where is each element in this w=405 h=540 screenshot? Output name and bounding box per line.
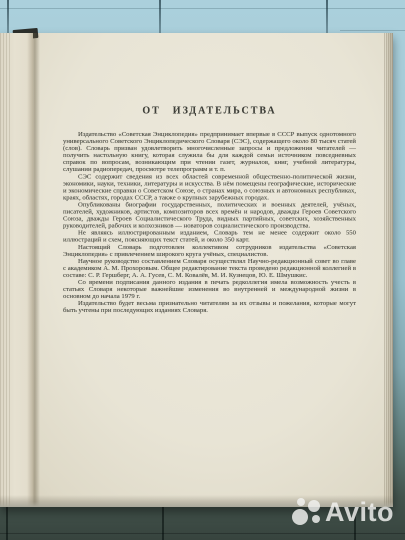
wall-plank-line — [0, 533, 405, 534]
page-heading: ОТ ИЗДАТЕЛЬСТВА — [63, 105, 356, 117]
page-paragraph: Опубликованы биографии государственных, … — [63, 201, 356, 229]
page-paragraph: Издательство будет весьма признательно ч… — [63, 300, 356, 314]
wall-plank-seam — [326, 0, 328, 34]
wall-plank-seam — [159, 0, 161, 36]
book: ОТ ИЗДАТЕЛЬСТВА Издательство «Советская … — [0, 33, 393, 507]
right-page-fore-edge — [384, 33, 393, 507]
avito-wordmark: Avito — [325, 497, 394, 528]
page-paragraph: Издательство «Советская Энциклопедия» пр… — [63, 131, 356, 173]
page-paragraph: Научное руководство составлением Словаря… — [63, 257, 356, 278]
page-paragraph: Настоящий Словарь подготовлен коллективо… — [63, 243, 356, 257]
page-text: ОТ ИЗДАТЕЛЬСТВА Издательство «Советская … — [63, 105, 356, 314]
page-paragraph: СЭС содержит сведения из всех областей с… — [63, 173, 356, 201]
page-paragraph: Не являясь иллюстрированным изданием, Сл… — [63, 229, 356, 243]
avito-watermark: Avito — [292, 497, 394, 528]
wall-plank-seam — [162, 507, 164, 540]
wall-plank-line — [0, 8, 405, 9]
wall-plank-line — [340, 30, 405, 31]
page-paragraph: Со времени подписания данного издания в … — [63, 278, 356, 299]
book-gutter — [27, 33, 40, 507]
listing-photo: ОТ ИЗДАТЕЛЬСТВА Издательство «Советская … — [0, 0, 405, 540]
wall-plank-seam — [7, 0, 9, 37]
wall-plank-seam — [6, 506, 8, 540]
avito-logo-icon — [292, 497, 321, 528]
left-page-fore-edge — [0, 33, 11, 507]
page-text-block: ОТ ИЗДАТЕЛЬСТВА Издательство «Советская … — [63, 105, 363, 405]
